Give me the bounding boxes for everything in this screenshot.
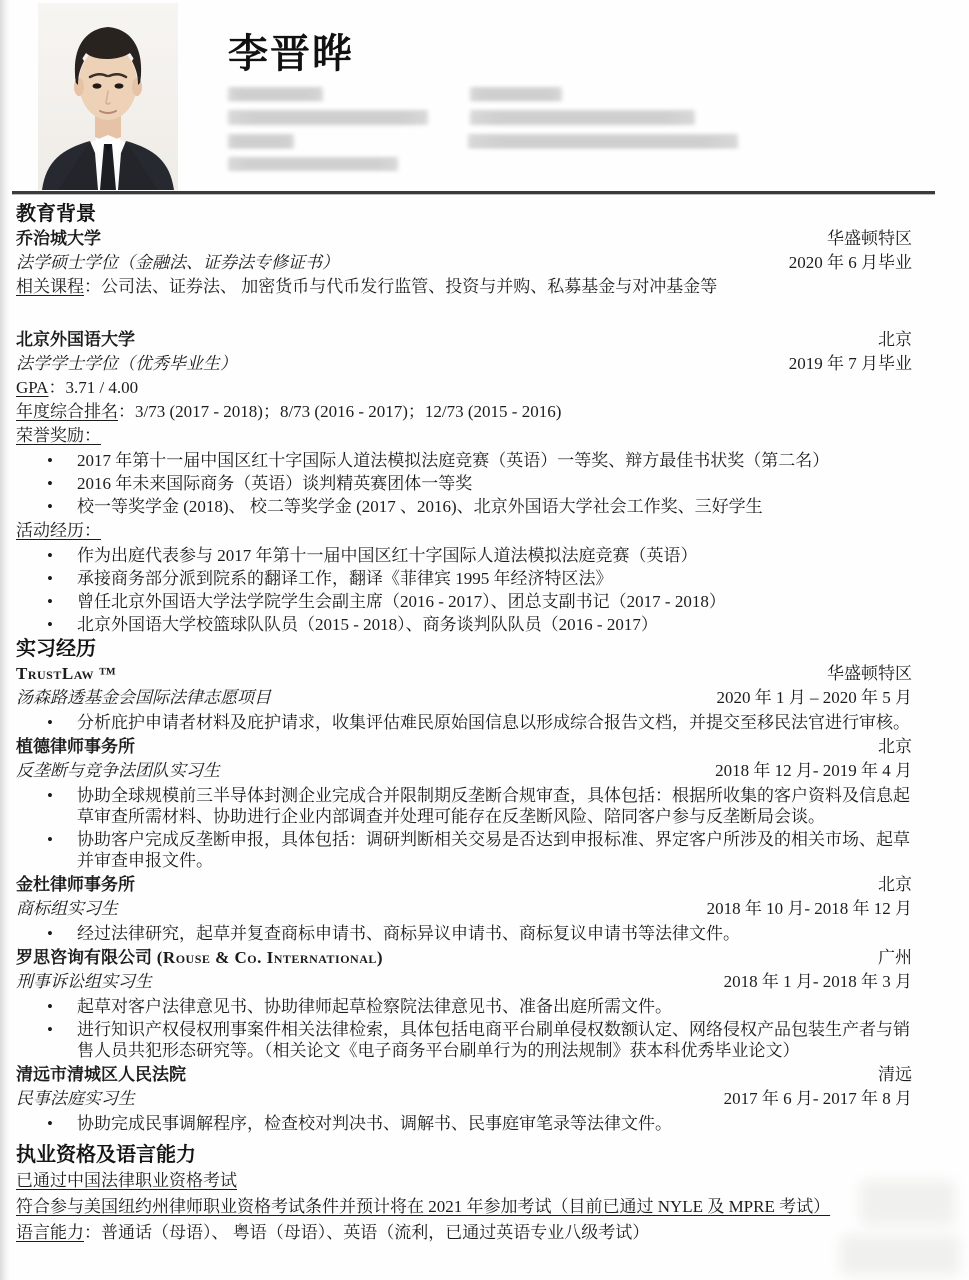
bullet-item: •经过法律研究，起草并复查商标申请书、商标异议申请书、商标复议申请书等法律文件。	[16, 923, 912, 944]
school-row: 北京外国语大学 北京	[16, 328, 912, 352]
courses-text: ：公司法、证券法、 加密货币与代币发行监管、投资与并购、私募基金与对冲基金等	[84, 277, 717, 296]
company-name: 植德律师事务所	[16, 735, 135, 759]
header-divider	[12, 191, 935, 194]
company-location: 广州	[878, 946, 912, 970]
rank-label: 年度综合排名	[16, 402, 118, 421]
bullet-icon: •	[47, 568, 53, 589]
language-label: 语言能力	[16, 1223, 84, 1242]
bullet-item: •协助客户完成反垄断申报，具体包括：调研判断相关交易是否达到申报标准、界定客户所…	[16, 829, 912, 871]
company-name-english: (Rouse & Co. International)	[152, 948, 383, 967]
rank-row: 年度综合排名：3/73 (2017 - 2018)；8/73 (2016 - 2…	[16, 400, 912, 424]
school-row: 乔治城大学 华盛顿特区	[16, 227, 912, 251]
role-title: 商标组实习生	[16, 897, 118, 921]
company-location: 北京	[878, 735, 912, 759]
company-row: 植德律师事务所 北京	[16, 735, 912, 759]
role-row: 刑事诉讼组实习生 2018 年 1 月- 2018 年 3 月	[16, 970, 912, 994]
company-name: 罗思咨询有限公司	[16, 948, 152, 967]
activity-item: •曾任北京外国语大学法学院学生会副主席（2016 - 2017）、团总支副书记（…	[16, 591, 912, 612]
company-row: TrustLaw ™ 华盛顿特区	[16, 662, 912, 686]
bullet-icon: •	[47, 1019, 53, 1040]
bullet-icon: •	[47, 829, 53, 850]
degree-title: 法学硕士学位（金融法、证券法专修证书）	[16, 251, 339, 275]
school-name: 北京外国语大学	[16, 328, 135, 352]
courses-row: 相关课程：公司法、证券法、 加密货币与代币发行监管、投资与并购、私募基金与对冲基…	[16, 275, 912, 299]
qualification-line: 符合参与美国纽约州律师职业资格考试条件并预计将在 2021 年参加考试（目前已通…	[16, 1194, 912, 1220]
bullet-icon: •	[47, 614, 53, 635]
activity-item: •作为出庭代表参与 2017 年第十一届中国区红十字国际人道法模拟法庭竞赛（英语…	[16, 545, 912, 566]
gpa-label: GPA	[16, 378, 48, 397]
role-dates: 2017 年 6 月- 2017 年 8 月	[724, 1087, 912, 1111]
bullet-icon: •	[47, 712, 53, 733]
company-row: 罗思咨询有限公司 (Rouse & Co. International) 广州	[16, 946, 912, 970]
degree-title: 法学学士学位（优秀毕业生）	[16, 352, 237, 376]
section-heading-education: 教育背景	[16, 202, 912, 227]
degree-row: 法学学士学位（优秀毕业生） 2019 年 7 月毕业	[16, 352, 912, 376]
scan-watermark	[860, 1180, 955, 1225]
redacted-contact-line	[468, 135, 738, 149]
honors-label-row: 荣誉奖励：	[16, 424, 912, 448]
honor-item: •2016 年未来国际商务（英语）谈判精英赛团体一等奖	[16, 473, 912, 494]
section-heading-qualifications: 执业资格及语言能力	[16, 1143, 912, 1168]
graduation-date: 2020 年 6 月毕业	[789, 251, 912, 275]
company-name: TrustLaw ™	[16, 662, 116, 686]
bullet-icon: •	[47, 496, 53, 517]
bullet-icon: •	[47, 923, 53, 944]
rank-value: ：3/73 (2017 - 2018)；8/73 (2016 - 2017)；1…	[118, 402, 561, 421]
school-name: 乔治城大学	[16, 227, 101, 251]
role-row: 反垄断与竞争法团队实习生 2018 年 12 月- 2019 年 4 月	[16, 759, 912, 783]
bullet-icon: •	[47, 473, 53, 494]
honors-label: 荣誉奖励：	[16, 424, 101, 448]
company-location: 华盛顿特区	[827, 662, 912, 686]
qualification-line: 已通过中国法律职业资格考试	[16, 1168, 912, 1194]
redacted-contact-line	[228, 111, 428, 126]
activity-item: •北京外国语大学校篮球队队员（2015 - 2018）、商务谈判队队员（2016…	[16, 614, 912, 635]
role-dates: 2018 年 12 月- 2019 年 4 月	[715, 759, 912, 783]
role-title: 汤森路透基金会国际法律志愿项目	[16, 686, 271, 710]
redacted-contact-line	[228, 88, 323, 101]
language-text: ：普通话（母语）、 粤语（母语）、英语（流利，已通过英语专业八级考试）	[84, 1223, 649, 1242]
bullet-icon: •	[47, 1113, 53, 1134]
company-row: 金杜律师事务所 北京	[16, 873, 912, 897]
language-row: 语言能力：普通话（母语）、 粤语（母语）、英语（流利，已通过英语专业八级考试）	[16, 1220, 912, 1246]
company-location: 北京	[878, 873, 912, 897]
bullet-icon: •	[47, 996, 53, 1017]
activities-label: 活动经历：	[16, 519, 101, 543]
resume-page: 李晋晔 教育背景 乔治城大学 华盛顿特区 法学硕士学位（金融法、证券法专修证书）…	[0, 0, 969, 1280]
gpa-value: ：3.71 / 4.00	[48, 378, 138, 397]
scan-watermark	[840, 1235, 960, 1275]
role-dates: 2018 年 1 月- 2018 年 3 月	[724, 970, 912, 994]
honor-item: •校一等奖学金 (2018)、 校二等奖学金 (2017 、2016)、北京外国…	[16, 496, 912, 517]
section-heading-internships: 实习经历	[16, 637, 912, 662]
courses-label: 相关课程	[16, 277, 84, 296]
profile-photo	[38, 3, 178, 190]
company-row: 清远市清城区人民法院 清远	[16, 1063, 912, 1087]
role-title: 反垄断与竞争法团队实习生	[16, 759, 220, 783]
bullet-item: •进行知识产权侵权刑事案件相关法律检索，具体包括电商平台刷单侵权数额认定、网络侵…	[16, 1019, 912, 1061]
role-dates: 2020 年 1 月 – 2020 年 5 月	[717, 686, 913, 710]
redacted-contact-line	[228, 158, 398, 170]
scan-edge-shadow	[0, 0, 10, 1280]
activities-label-row: 活动经历：	[16, 519, 912, 543]
candidate-name: 李晋晔	[228, 22, 354, 79]
redacted-contact-line	[470, 88, 562, 101]
role-row: 商标组实习生 2018 年 10 月- 2018 年 12 月	[16, 897, 912, 921]
bullet-item: •分析庇护申请者材料及庇护请求，收集评估难民原始国信息以形成综合报告文档，并提交…	[16, 712, 912, 733]
bullet-item: •协助完成民事调解程序，检查校对判决书、调解书、民事庭审笔录等法律文件。	[16, 1113, 912, 1134]
bullet-item: •起草对客户法律意见书、协助律师起草检察院法律意见书、准备出庭所需文件。	[16, 996, 912, 1017]
honor-item: •2017 年第十一届中国区红十字国际人道法模拟法庭竞赛（英语）一等奖、辩方最佳…	[16, 450, 912, 471]
activity-item: •承接商务部分派到院系的翻译工作，翻译《菲律宾 1995 年经济特区法》	[16, 568, 912, 589]
role-dates: 2018 年 10 月- 2018 年 12 月	[707, 897, 912, 921]
redacted-contact-line	[228, 135, 294, 149]
school-location: 北京	[878, 328, 912, 352]
bullet-icon: •	[47, 450, 53, 471]
bullet-icon: •	[47, 591, 53, 612]
bullet-icon: •	[47, 545, 53, 566]
company-location: 清远	[878, 1063, 912, 1087]
graduation-date: 2019 年 7 月毕业	[789, 352, 912, 376]
company-name: 清远市清城区人民法院	[16, 1063, 186, 1087]
role-title: 民事法庭实习生	[16, 1087, 135, 1111]
redacted-contact-line	[470, 111, 695, 126]
company-name: 金杜律师事务所	[16, 873, 135, 897]
bullet-item: •协助全球规模前三半导体封测企业完成合并限制期反垄断合规审查，具体包括：根据所收…	[16, 785, 912, 827]
role-row: 民事法庭实习生 2017 年 6 月- 2017 年 8 月	[16, 1087, 912, 1111]
resume-body: 教育背景 乔治城大学 华盛顿特区 法学硕士学位（金融法、证券法专修证书） 202…	[16, 196, 912, 1246]
role-row: 汤森路透基金会国际法律志愿项目 2020 年 1 月 – 2020 年 5 月	[16, 686, 912, 710]
gpa-row: GPA：3.71 / 4.00	[16, 376, 912, 400]
bullet-icon: •	[47, 785, 53, 806]
role-title: 刑事诉讼组实习生	[16, 970, 152, 994]
degree-row: 法学硕士学位（金融法、证券法专修证书） 2020 年 6 月毕业	[16, 251, 912, 275]
school-location: 华盛顿特区	[827, 227, 912, 251]
